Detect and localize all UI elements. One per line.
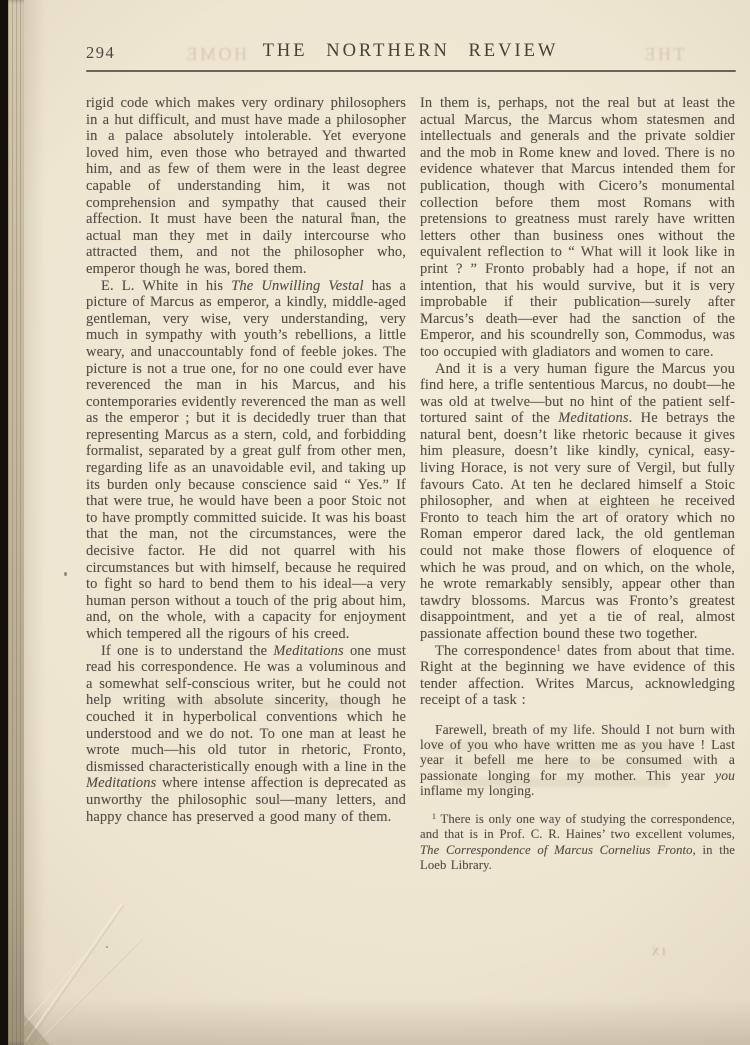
paragraph: And it is a very human figure the Marcus… <box>420 361 735 643</box>
scanned-page: HOME THE IX 294 THE NORTHERN REVIEW rigi… <box>0 0 750 1045</box>
right-column: In them is, perhaps, not the real but at… <box>420 95 735 874</box>
paragraph: If one is to understand the Meditations … <box>86 643 406 826</box>
footnote: 1 There is only one way of studying the … <box>420 812 735 874</box>
magazine-page: HOME THE IX 294 THE NORTHERN REVIEW rigi… <box>24 0 750 1045</box>
paper-speck <box>64 572 67 576</box>
block-quotation: Farewell, breath of my life. Should I no… <box>420 722 735 798</box>
paragraph: In them is, perhaps, not the real but at… <box>420 95 735 361</box>
corner-crease <box>24 875 164 1045</box>
paper-speck <box>106 946 108 948</box>
paragraph: E. L. White in his The Unwilling Vestal … <box>86 278 406 643</box>
paragraph: rigid code which makes very ordinary phi… <box>86 95 406 278</box>
header-rule <box>86 70 736 72</box>
paragraph: The correspondence1 dates from about tha… <box>420 643 735 709</box>
left-column: rigid code which makes very ordinary phi… <box>86 95 406 825</box>
showthrough-corner-mark: IX <box>649 946 666 958</box>
journal-title: THE NORTHERN REVIEW <box>86 41 735 62</box>
